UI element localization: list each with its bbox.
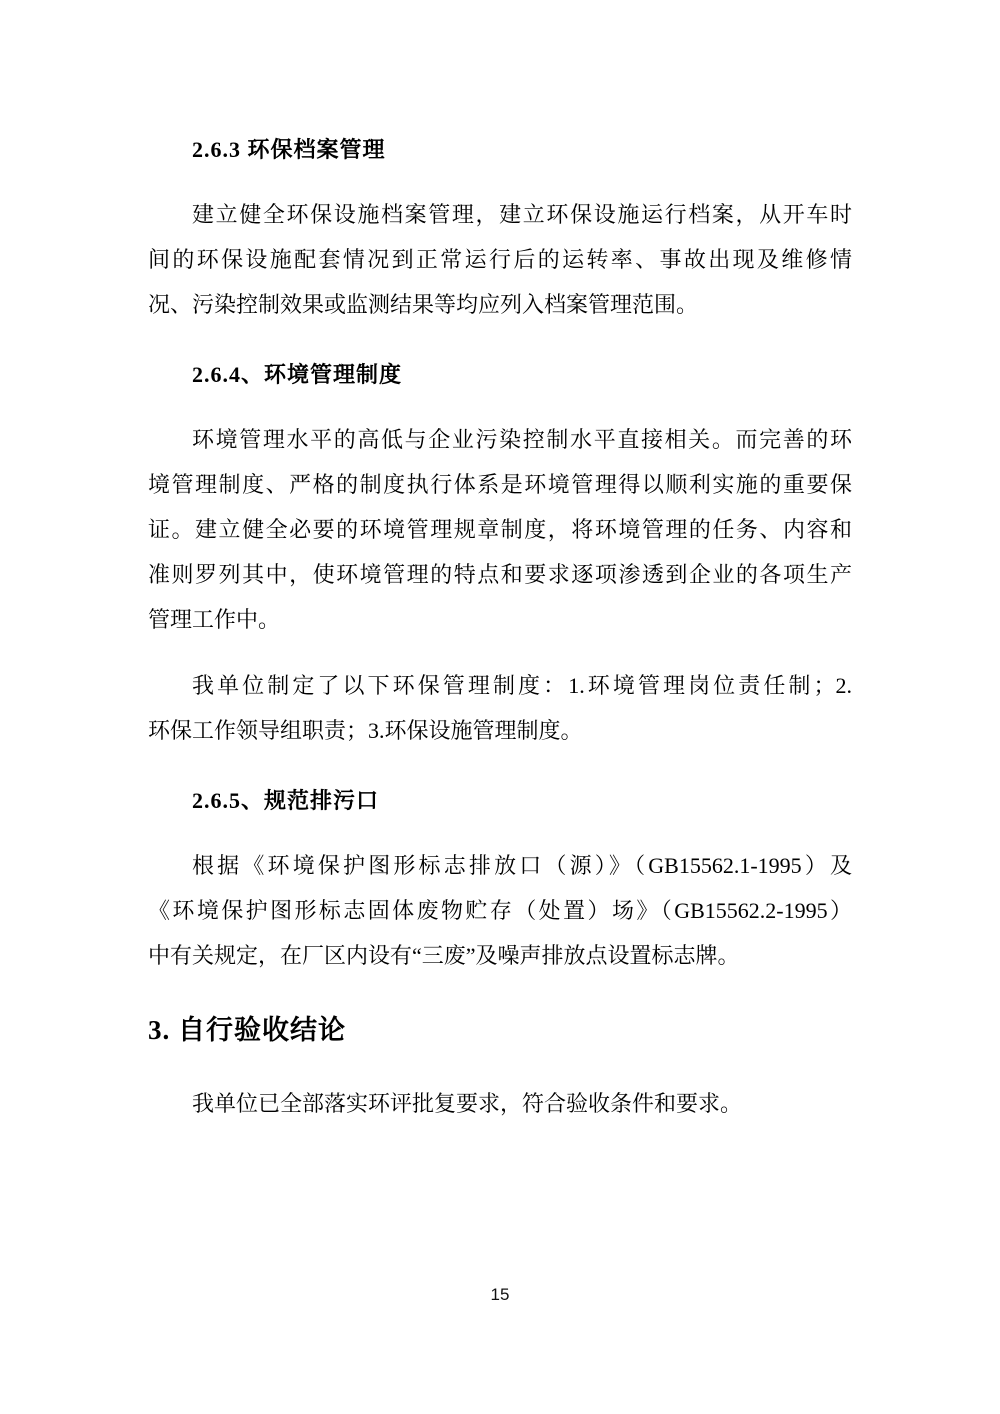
document-content: 2.6.3 环保档案管理 建立健全环保设施档案管理，建立环保设施运行档案，从开车…	[148, 127, 852, 1147]
text-line: 中有关规定，在厂区内设有“三废”及噪声排放点设置标志牌。	[148, 933, 852, 978]
page-number: 15	[0, 1285, 1000, 1305]
text-line: 环保工作领导组职责；3.环保设施管理制度。	[148, 708, 852, 753]
text-line: 间的环保设施配套情况到正常运行后的运转率、事故出现及维修情	[148, 237, 852, 282]
text-line: 境管理制度、严格的制度执行体系是环境管理得以顺利实施的重要保	[148, 462, 852, 507]
text-line: 证。建立健全必要的环境管理规章制度，将环境管理的任务、内容和	[148, 507, 852, 552]
section-heading-2-6-3: 2.6.3 环保档案管理	[148, 127, 852, 172]
paragraph: 我单位制定了以下环保管理制度：1.环境管理岗位责任制；2. 环保工作领导组职责；…	[148, 663, 852, 753]
text-line: 建立健全环保设施档案管理，建立环保设施运行档案，从开车时	[148, 192, 852, 237]
text-line: 环境管理水平的高低与企业污染控制水平直接相关。而完善的环	[148, 417, 852, 462]
document-page: 2.6.3 环保档案管理 建立健全环保设施档案管理，建立环保设施运行档案，从开车…	[0, 0, 1000, 1414]
text-line: 管理工作中。	[148, 597, 852, 642]
text-line: 我单位已全部落实环评批复要求，符合验收条件和要求。	[148, 1081, 852, 1126]
text-line: 根据《环境保护图形标志排放口（源）》（GB15562.1-1995）及	[148, 843, 852, 888]
paragraph: 建立健全环保设施档案管理，建立环保设施运行档案，从开车时 间的环保设施配套情况到…	[148, 192, 852, 327]
section-heading-3: 3. 自行验收结论	[148, 1008, 852, 1053]
text-line: 况、污染控制效果或监测结果等均应列入档案管理范围。	[148, 282, 852, 327]
section-heading-2-6-5: 2.6.5、规范排污口	[148, 778, 852, 823]
text-line: 我单位制定了以下环保管理制度：1.环境管理岗位责任制；2.	[148, 663, 852, 708]
text-line: 准则罗列其中，使环境管理的特点和要求逐项渗透到企业的各项生产	[148, 552, 852, 597]
text-line: 《环境保护图形标志固体废物贮存（处置）场》（GB15562.2-1995）	[148, 888, 852, 933]
paragraph: 我单位已全部落实环评批复要求，符合验收条件和要求。	[148, 1081, 852, 1126]
section-heading-2-6-4: 2.6.4、环境管理制度	[148, 352, 852, 397]
paragraph: 环境管理水平的高低与企业污染控制水平直接相关。而完善的环 境管理制度、严格的制度…	[148, 417, 852, 642]
paragraph: 根据《环境保护图形标志排放口（源）》（GB15562.1-1995）及 《环境保…	[148, 843, 852, 978]
